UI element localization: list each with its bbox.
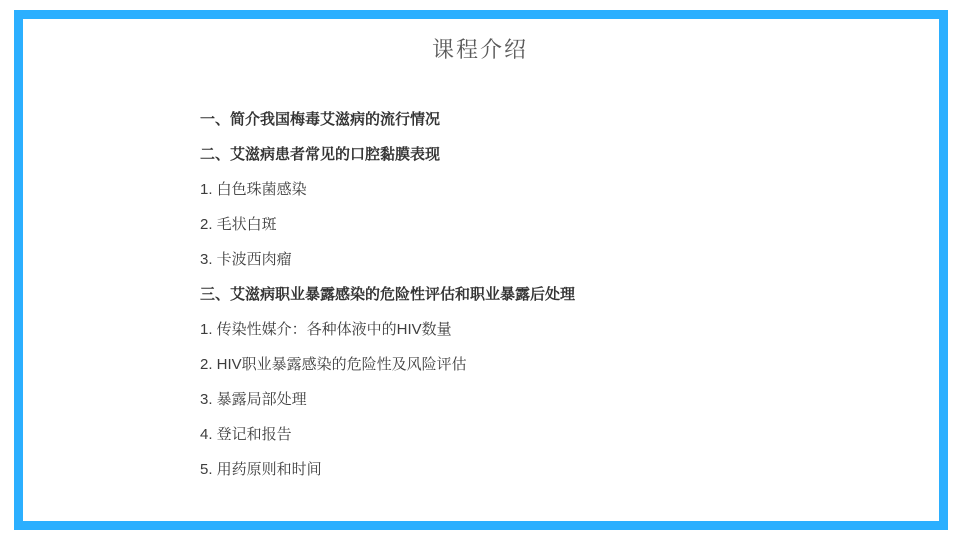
list-item-section-2: 二、艾滋病患者常见的口腔黏膜表现 [200, 137, 900, 172]
list-item: 2. HIV职业暴露感染的危险性及风险评估 [200, 347, 900, 382]
list-item: 2. 毛状白斑 [200, 207, 900, 242]
slide-title: 课程介绍 [0, 37, 960, 63]
presentation-slide: 课程介绍 一、简介我国梅毒艾滋病的流行情况 二、艾滋病患者常见的口腔黏膜表现 1… [0, 0, 960, 540]
list-item: 1. 传染性媒介：各种体液中的HIV数量 [200, 312, 900, 347]
list-item: 5. 用药原则和时间 [200, 452, 900, 487]
list-item: 3. 暴露局部处理 [200, 382, 900, 417]
list-item: 3. 卡波西肉瘤 [200, 242, 900, 277]
list-item: 1. 白色珠菌感染 [200, 172, 900, 207]
course-outline-list: 一、简介我国梅毒艾滋病的流行情况 二、艾滋病患者常见的口腔黏膜表现 1. 白色珠… [200, 102, 900, 487]
list-item: 4. 登记和报告 [200, 417, 900, 452]
list-item-section-3: 三、艾滋病职业暴露感染的危险性评估和职业暴露后处理 [200, 277, 900, 312]
list-item-section-1: 一、简介我国梅毒艾滋病的流行情况 [200, 102, 900, 137]
